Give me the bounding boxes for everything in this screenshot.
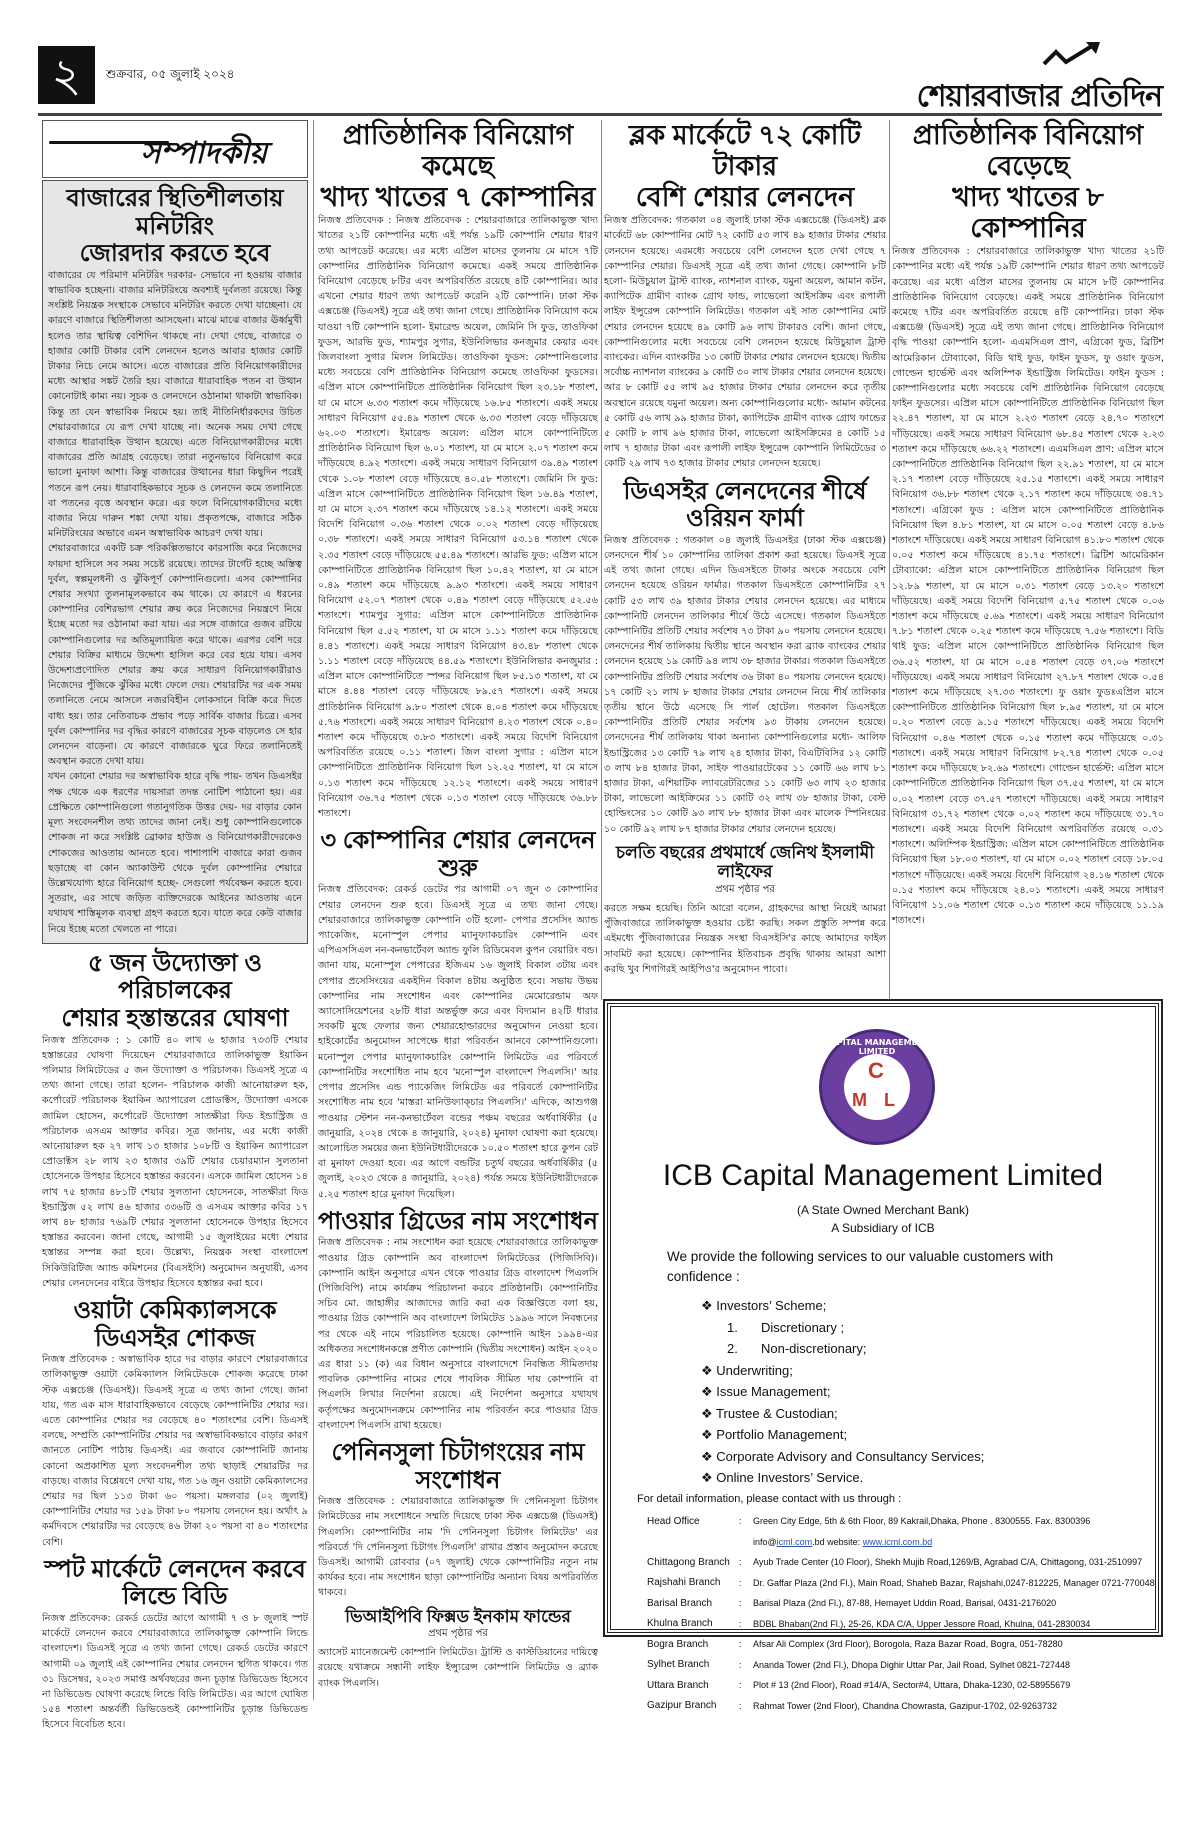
icml-logo: CAPITAL MANAGEMENT LIMITED C M L <box>819 1029 935 1145</box>
branch-label: Head Office <box>647 1516 739 1527</box>
bullet-diamond-icon: ❖ <box>701 1449 716 1464</box>
service-item: ❖ Issue Management; <box>701 1381 984 1403</box>
article-body: নিজস্ব প্রতিবেদক : শেয়ারবাজারে তালিকাভু… <box>892 244 1164 928</box>
branch-address: Plot # 13 (2nd Floor), Road #14/A, Secto… <box>753 1680 1070 1690</box>
branch-address: BDBL Bhaban(2nd Fl.), 25-26, KDA C/A, Up… <box>753 1619 1090 1629</box>
company-tagline: (A State Owned Merchant Bank) <box>611 1203 1155 1217</box>
article-body: নিজস্ব প্রতিবেদক : শেয়ারবাজারে তালিকাভু… <box>318 1494 598 1600</box>
article-body: অ্যাসেট ম্যানেজমেন্ট কোম্পানি লিমিটেড। ট… <box>318 1645 598 1691</box>
article-body: করতে সক্ষম হয়েছি। তিনি আরো বলেন, গ্রাহক… <box>604 901 886 977</box>
service-item: ❖ Trustee & Custodian; <box>701 1403 984 1425</box>
editorial-article: বাজারের স্থিতিশীলতায় মনিটরিং জোরদার করত… <box>42 180 308 944</box>
article-food-increase: প্রাতিষ্ঠানিক বিনিয়োগ বেড়েছে খাদ্য খাত… <box>892 120 1164 928</box>
article-vipb-fund: ভিআইপিবি ফিক্সড ইনকাম ফান্ডের প্রথম পৃষ্… <box>318 1607 598 1691</box>
bullet-diamond-icon: ❖ <box>701 1363 716 1378</box>
editorial-title: সম্পাদকীয় <box>141 129 267 180</box>
headline: ব্লক মার্কেটে ৭২ কোটি টাকার <box>604 120 886 182</box>
branch-row: Chittagong Branch:Ayub Trade Center (10 … <box>647 1552 1155 1573</box>
bullet-diamond-icon: ❖ <box>701 1427 716 1442</box>
masthead: ২ শুক্রবার, ০৫ জুলাই ২০২৪ শেয়ারবাজার প্… <box>38 44 1162 104</box>
branch-address: Green City Edge, 5th & 6th Floor, 89 Kak… <box>753 1516 1090 1526</box>
article-body: নিজস্ব প্রতিবেদক : গতকাল ০৪ জুলাই ডিএসইর… <box>604 533 886 837</box>
article-three-companies: ৩ কোম্পানির শেয়ার লেনদেন শুরু নিজস্ব প্… <box>318 827 598 1201</box>
branch-label: Bogra Branch <box>647 1639 739 1650</box>
service-label: Underwriting; <box>716 1363 793 1378</box>
email-suffix: .bd website: <box>812 1537 863 1547</box>
article-food-decrease: প্রাতিষ্ঠানিক বিনিয়োগ কমেছে খাদ্য খাতের… <box>318 120 598 821</box>
service-label: Trustee & Custodian; <box>716 1406 838 1421</box>
logo-inner: C M L <box>844 1054 910 1120</box>
column-editorial: সম্পাদকীয় বাজারের স্থিতিশীলতায় মনিটরিং… <box>42 120 308 1733</box>
editorial-banner: সম্পাদকীয় <box>42 120 308 178</box>
headline: ৩ কোম্পানির শেয়ার লেনদেন শুরু <box>318 827 598 882</box>
headline: ৫ জন উদ্যোক্তা ও পরিচালকের <box>42 950 308 1005</box>
email-prefix: info@ <box>753 1537 777 1547</box>
head-office-contact: info@icml.com.bd website: www.icml.com.b… <box>647 1532 1155 1553</box>
service-label: Online Investors’ Service. <box>716 1470 863 1485</box>
service-item: ❖ Portfolio Management; <box>701 1424 984 1446</box>
service-item: ❖ Online Investors’ Service. <box>701 1467 984 1489</box>
article-body: নিজস্ব প্রতিবেদক: গতকাল ০৪ জুলাই ঢাকা স্… <box>604 213 886 471</box>
branch-address: Ayub Trade Center (10 Floor), Shekh Muji… <box>753 1557 1142 1567</box>
service-item: ❖ Investors’ Scheme; <box>701 1295 984 1317</box>
service-item: ❖ Corporate Advisory and Consultancy Ser… <box>701 1446 984 1468</box>
icb-capital-advertisement: CAPITAL MANAGEMENT LIMITED C M L ICB Cap… <box>607 1003 1159 1633</box>
headline: ডিএসইর লেনদেনের শীর্ষে ওরিয়ন ফার্মা <box>604 478 886 533</box>
article-body: নিজস্ব প্রতিবেদক: রেকর্ড ডেটের পর আগামী … <box>318 882 598 1201</box>
branch-address: Afsar Ali Complex (3rd Floor), Borogola,… <box>753 1639 1063 1649</box>
branch-label: Barisal Branch <box>647 1598 739 1609</box>
headline: প্রাতিষ্ঠানিক বিনিয়োগ কমেছে <box>318 120 598 182</box>
editorial-headline-line1: বাজারের স্থিতিশীলতায় মনিটরিং <box>48 185 302 240</box>
service-sub-label: Discretionary ; <box>761 1320 844 1335</box>
article-power-grid: পাওয়ার গ্রিডের নাম সংশোধন নিজস্ব প্রতিব… <box>318 1208 598 1433</box>
article-body: নিজস্ব প্রতিবেদক : নাম সংশোধন করা হয়েছে… <box>318 1235 598 1433</box>
issue-date: শুক্রবার, ০৫ জুলাই ২০২৪ <box>106 66 235 86</box>
service-label: Portfolio Management; <box>716 1427 847 1442</box>
bullet-diamond-icon: ❖ <box>701 1298 716 1313</box>
service-label: Investors’ Scheme; <box>716 1298 826 1313</box>
branch-row: Uttara Branch:Plot # 13 (2nd Floor), Roa… <box>647 1675 1155 1696</box>
website-link[interactable]: www.icml.com.bd <box>863 1537 933 1547</box>
service-sub-label: Non-discretionary; <box>761 1341 867 1356</box>
service-subitem: 2.Non-discretionary; <box>701 1338 984 1360</box>
trend-arrow-icon <box>1042 42 1102 72</box>
column-2: প্রাতিষ্ঠানিক বিনিয়োগ কমেছে খাদ্য খাতের… <box>318 120 598 1691</box>
headline: চলতি বছরের প্রথমার্ধে জেনিথ ইসলামী লাইফে… <box>604 843 886 882</box>
company-subsidiary: A Subsidiary of ICB <box>611 1221 1155 1235</box>
column-divider <box>889 120 890 1000</box>
headline: খাদ্য খাতের ৮ কোম্পানির <box>892 182 1164 244</box>
editorial-paragraph: শেয়ারবাজারে একটি চক্র পরিকল্পিতভাবে কার… <box>48 541 302 769</box>
logo-letter-l: L <box>884 1090 895 1111</box>
article-orion-pharma: ডিএসইর লেনদেনের শীর্ষে ওরিয়ন ফার্মা নিজ… <box>604 478 886 837</box>
editorial-paragraph: বাজারের যে পরিমাণ মনিটরিং দরকার- সেভাবে … <box>48 268 302 542</box>
bullet-diamond-icon: ❖ <box>701 1406 716 1421</box>
column-4: প্রাতিষ্ঠানিক বিনিয়োগ বেড়েছে খাদ্য খাত… <box>892 120 1164 928</box>
headline: বেশি শেয়ার লেনদেন <box>604 182 886 213</box>
article-body: নিজস্ব প্রতিবেদক : অস্বাভাবিক হারে দর বা… <box>42 1352 308 1550</box>
branch-row-head-office: Head Office : Green City Edge, 5th & 6th… <box>647 1511 1155 1532</box>
headline: পাওয়ার গ্রিডের নাম সংশোধন <box>318 1208 598 1236</box>
service-label: Issue Management; <box>716 1384 830 1399</box>
service-item: ❖ Underwriting; <box>701 1360 984 1382</box>
continued-label: প্রথম পৃষ্ঠার পর <box>604 882 886 899</box>
bullet-diamond-icon: ❖ <box>701 1470 716 1485</box>
article-wata-chemicals: ওয়াটা কেমিক্যালসকে ডিএসইর শোকজ নিজস্ব প… <box>42 1297 308 1550</box>
headline: স্পট মার্কেটে লেনদেন করবে লিন্ডে বিডি <box>42 1556 308 1611</box>
article-body: নিজস্ব প্রতিবেদক: রেকর্ড ডেটের আগে আগামী… <box>42 1611 308 1733</box>
branch-address: Rahmat Tower (2nd Floor), Chandna Chowra… <box>753 1701 1057 1711</box>
headline: শেয়ার হস্তান্তরের ঘোষণা <box>42 1005 308 1033</box>
continued-label: প্রথম পৃষ্ঠার পর <box>318 1626 598 1643</box>
headline: ভিআইপিবি ফিক্সড ইনকাম ফান্ডের <box>318 1607 598 1627</box>
contact-heading: For detail information, please contact w… <box>637 1493 901 1505</box>
service-label: Corporate Advisory and Consultancy Servi… <box>716 1449 984 1464</box>
column-divider <box>313 120 314 1700</box>
headline: প্রাতিষ্ঠানিক বিনিয়োগ বেড়েছে <box>892 120 1164 182</box>
article-body: নিজস্ব প্রতিবেদক : নিজস্ব প্রতিবেদক : শে… <box>318 213 598 821</box>
branch-row: Barisal Branch:Barisal Plaza (2nd Fl.), … <box>647 1593 1155 1614</box>
services-intro: We provide the following services to our… <box>667 1247 1107 1287</box>
branch-row: Gazipur Branch:Rahmat Tower (2nd Floor),… <box>647 1696 1155 1717</box>
company-name: ICB Capital Management Limited <box>611 1159 1155 1193</box>
masthead-rule <box>38 113 1162 116</box>
branch-row: Khulna Branch:BDBL Bhaban(2nd Fl.), 25-2… <box>647 1614 1155 1635</box>
branch-address: Ananda Tower (2nd Fl.), Dhopa Dighir Utt… <box>753 1660 1070 1670</box>
service-subitem: 1.Discretionary ; <box>701 1317 984 1339</box>
column-divider <box>601 120 602 1000</box>
logo-letter-m: M <box>852 1090 867 1111</box>
branch-label: Uttara Branch <box>647 1680 739 1691</box>
article-peninsula: পেনিনসুলা চিটাগংয়ের নাম সংশোধন নিজস্ব প… <box>318 1439 598 1601</box>
branch-address: Barisal Plaza (2nd Fl.), 87-88, Hemayet … <box>753 1598 1056 1608</box>
headline: খাদ্য খাতের ৭ কোম্পানির <box>318 182 598 213</box>
branch-row: Sylhet Branch:Ananda Tower (2nd Fl.), Dh… <box>647 1655 1155 1676</box>
editorial-headline-line2: জোরদার করতে হবে <box>48 240 302 268</box>
branch-row: Rajshahi Branch:Dr. Gaffar Plaza (2nd Fl… <box>647 1573 1155 1594</box>
branch-label: Chittagong Branch <box>647 1557 739 1568</box>
services-list: ❖ Investors’ Scheme; 1.Discretionary ; 2… <box>701 1295 984 1489</box>
logo-letter-c: C <box>868 1058 884 1084</box>
bullet-diamond-icon: ❖ <box>701 1384 716 1399</box>
article-zenith-life: চলতি বছরের প্রথমার্ধে জেনিথ ইসলামী লাইফে… <box>604 843 886 977</box>
article-sponsors-transfer: ৫ জন উদ্যোক্তা ও পরিচালকের শেয়ার হস্তান… <box>42 950 308 1291</box>
branch-label: Rajshahi Branch <box>647 1577 739 1588</box>
headline: পেনিনসুলা চিটাগংয়ের নাম সংশোধন <box>318 1439 598 1494</box>
branch-list: Head Office : Green City Edge, 5th & 6th… <box>647 1511 1155 1716</box>
branch-label: Khulna Branch <box>647 1618 739 1629</box>
page-number: ২ <box>38 46 95 104</box>
editorial-paragraph: যখন কোনো শেয়ার দর অস্বাভাবিক হারে বৃদ্ধ… <box>48 769 302 936</box>
article-body: নিজস্ব প্রতিবেদক : ১ কোটি ৪০ লাখ ৬ হাজার… <box>42 1033 308 1291</box>
branch-row: Bogra Branch:Afsar Ali Complex (3rd Floo… <box>647 1634 1155 1655</box>
article-linde-spot: স্পট মার্কেটে লেনদেন করবে লিন্ডে বিডি নি… <box>42 1556 308 1733</box>
email-link[interactable]: icml.com <box>777 1537 813 1547</box>
branch-label: Sylhet Branch <box>647 1659 739 1670</box>
headline: ওয়াটা কেমিক্যালসকে ডিএসইর শোকজ <box>42 1297 308 1352</box>
article-block-market: ব্লক মার্কেটে ৭২ কোটি টাকার বেশি শেয়ার … <box>604 120 886 472</box>
branch-address: Dr. Gaffar Plaza (2nd Fl.), Main Road, S… <box>753 1578 1155 1588</box>
branch-label: Gazipur Branch <box>647 1700 739 1711</box>
column-3: ব্লক মার্কেটে ৭২ কোটি টাকার বেশি শেয়ার … <box>604 120 886 977</box>
